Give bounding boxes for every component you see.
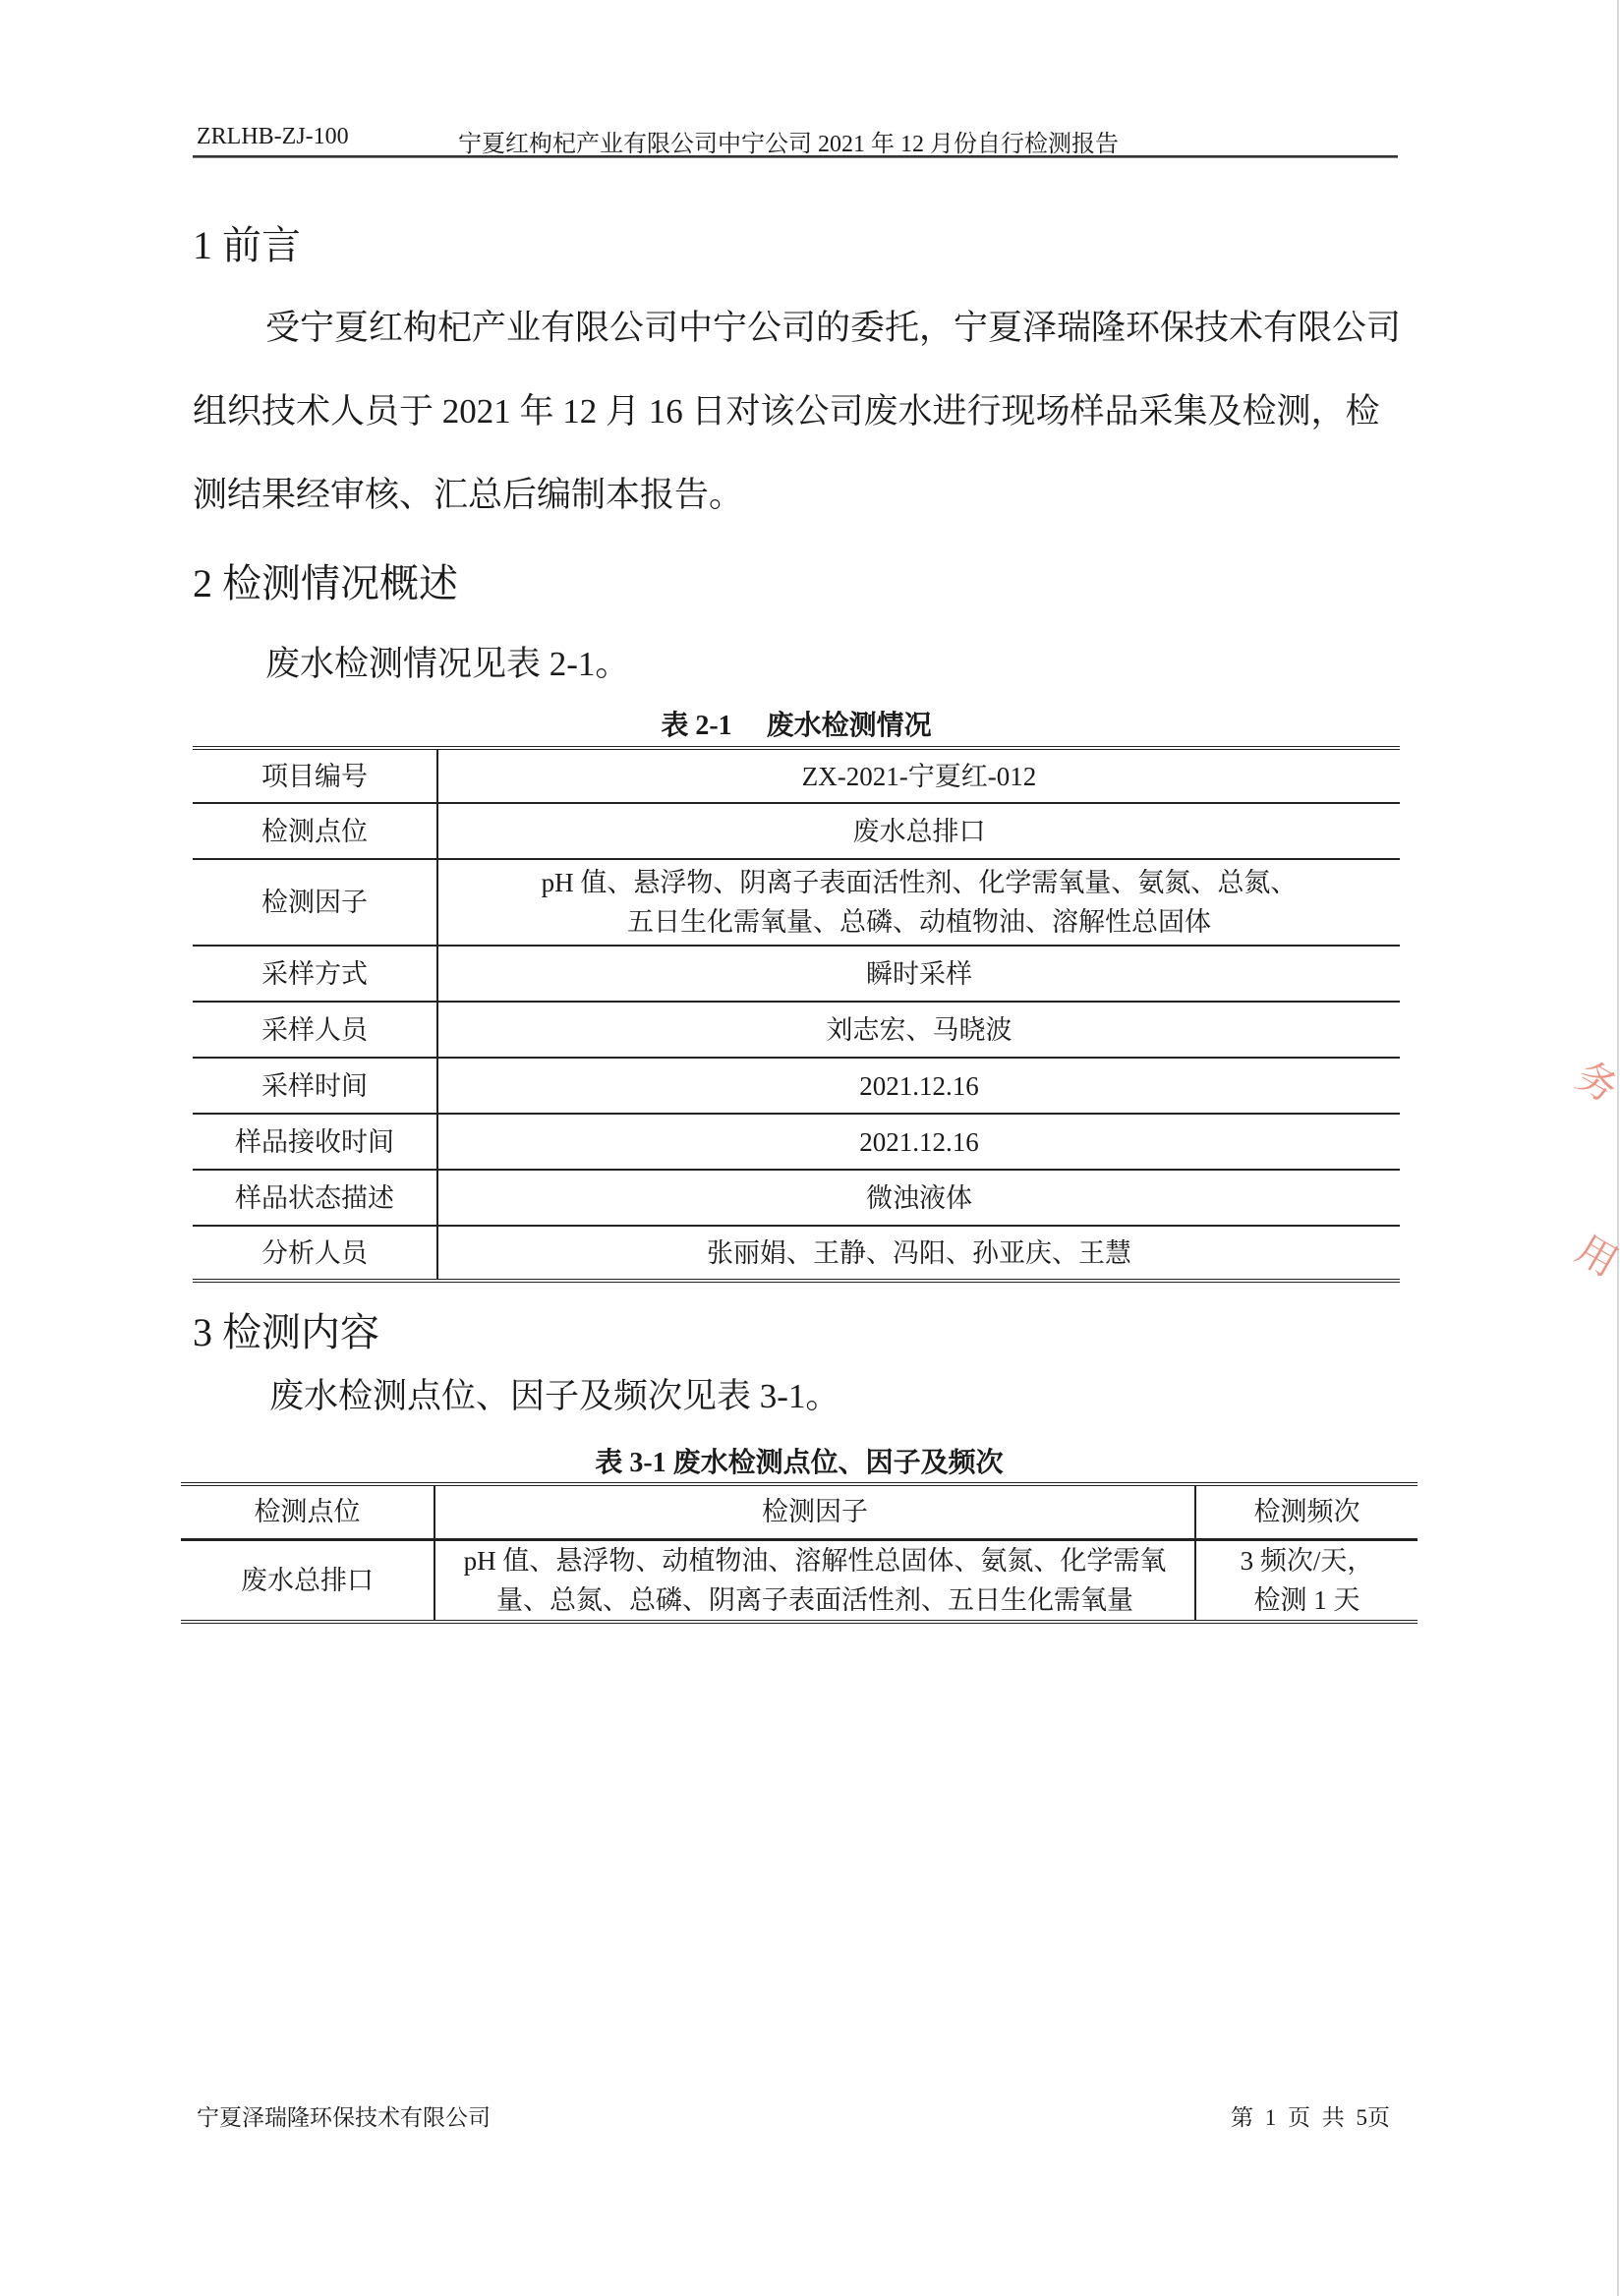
- row-value: 瞬时采样: [437, 946, 1400, 1002]
- value-line-2: 五日生化需氧量、总磷、动植物油、溶解性总固体: [444, 902, 1394, 942]
- table-3-1: 检测点位 检测因子 检测频次 废水总排口 pH 值、悬浮物、动植物油、溶解性总固…: [181, 1482, 1417, 1624]
- table-3-1-caption: 表 3-1 废水检测点位、因子及频次: [181, 1441, 1417, 1480]
- column-header: 检测频次: [1195, 1484, 1417, 1539]
- table-row: 分析人员张丽娟、王静、冯阳、孙亚庆、王慧: [193, 1226, 1400, 1281]
- section-3-heading: 3 检测内容: [193, 1301, 379, 1357]
- detection-frequency: 3 频次/天，检测 1 天: [1195, 1539, 1417, 1622]
- doc-code: ZRLHB-ZJ-100: [197, 124, 349, 150]
- row-value: 刘志宏、马晓波: [437, 1002, 1400, 1058]
- factors-line-2: 量、总氮、总磷、阴离子表面活性剂、五日生化需氧量: [441, 1580, 1188, 1620]
- section-3-intro: 废水检测点位、因子及频次见表 3-1。: [269, 1354, 1478, 1438]
- table-row: 采样方式瞬时采样: [193, 946, 1400, 1002]
- table-2-1: 项目编号ZX-2021-宁夏红-012 检测点位废水总排口 检测因子pH 值、悬…: [193, 746, 1400, 1283]
- row-label: 样品接收时间: [193, 1114, 437, 1170]
- table-header-row: 检测点位 检测因子 检测频次: [181, 1484, 1417, 1539]
- footer-page-number: 第 1 页 共 5页: [1231, 2099, 1390, 2132]
- header-rule: [193, 155, 1398, 158]
- frequency-line-1: 3 频次/天，: [1202, 1541, 1412, 1580]
- frequency-line-2: 检测 1 天: [1202, 1580, 1412, 1620]
- detection-factors: pH 值、悬浮物、动植物油、溶解性总固体、氨氮、化学需氧量、总氮、总磷、阴离子表…: [434, 1539, 1195, 1622]
- row-value: ZX-2021-宁夏红-012: [437, 748, 1400, 803]
- table-row: 废水总排口 pH 值、悬浮物、动植物油、溶解性总固体、氨氮、化学需氧量、总氮、总…: [181, 1539, 1417, 1622]
- section-2-heading: 2 检测情况概述: [193, 552, 458, 608]
- row-label: 采样时间: [193, 1058, 437, 1114]
- red-seal-stamp-fragment: 务 用: [1573, 1012, 1618, 1317]
- table-row: 采样时间2021.12.16: [193, 1058, 1400, 1114]
- section-1-paragraph: 受宁夏红枸杞产业有限公司中宁公司的委托，宁夏泽瑞隆环保技术有限公司组织技术人员于…: [193, 286, 1402, 537]
- row-value: 微浊液体: [437, 1170, 1400, 1226]
- table-row: 检测因子pH 值、悬浮物、阴离子表面活性剂、化学需氧量、氨氮、总氮、五日生化需氧…: [193, 859, 1400, 946]
- row-label: 项目编号: [193, 748, 437, 803]
- table-row: 采样人员刘志宏、马晓波: [193, 1002, 1400, 1058]
- table-row: 检测点位废水总排口: [193, 803, 1400, 859]
- row-label: 检测因子: [193, 859, 437, 946]
- row-value: 2021.12.16: [437, 1058, 1400, 1114]
- table-row: 样品状态描述微浊液体: [193, 1170, 1400, 1226]
- detection-point: 废水总排口: [181, 1539, 434, 1622]
- row-value: 2021.12.16: [437, 1114, 1400, 1170]
- section-2-intro: 废水检测情况见表 2-1。: [265, 622, 1475, 706]
- row-label: 采样方式: [193, 946, 437, 1002]
- column-header: 检测因子: [434, 1484, 1195, 1539]
- value-line-1: pH 值、悬浮物、阴离子表面活性剂、化学需氧量、氨氮、总氮、: [444, 863, 1394, 902]
- row-value: 张丽娟、王静、冯阳、孙亚庆、王慧: [437, 1226, 1400, 1281]
- stamp-char: 用: [1567, 1220, 1620, 1288]
- footer-company: 宁夏泽瑞隆环保技术有限公司: [197, 2099, 491, 2132]
- row-label: 分析人员: [193, 1226, 437, 1281]
- doc-header-title: 宁夏红枸杞产业有限公司中宁公司 2021 年 12 月份自行检测报告: [458, 124, 1119, 158]
- factors-line-1: pH 值、悬浮物、动植物油、溶解性总固体、氨氮、化学需氧: [441, 1541, 1188, 1580]
- stamp-char: 务: [1567, 1046, 1620, 1114]
- table-2-1-caption: 表 2-1 废水检测情况: [193, 704, 1400, 743]
- row-label: 检测点位: [193, 803, 437, 859]
- row-label: 采样人员: [193, 1002, 437, 1058]
- section-1-heading: 1 前言: [193, 214, 301, 270]
- row-label: 样品状态描述: [193, 1170, 437, 1226]
- row-value: 废水总排口: [437, 803, 1400, 859]
- row-value: pH 值、悬浮物、阴离子表面活性剂、化学需氧量、氨氮、总氮、五日生化需氧量、总磷…: [437, 859, 1400, 946]
- table-row: 项目编号ZX-2021-宁夏红-012: [193, 748, 1400, 803]
- table-row: 样品接收时间2021.12.16: [193, 1114, 1400, 1170]
- column-header: 检测点位: [181, 1484, 434, 1539]
